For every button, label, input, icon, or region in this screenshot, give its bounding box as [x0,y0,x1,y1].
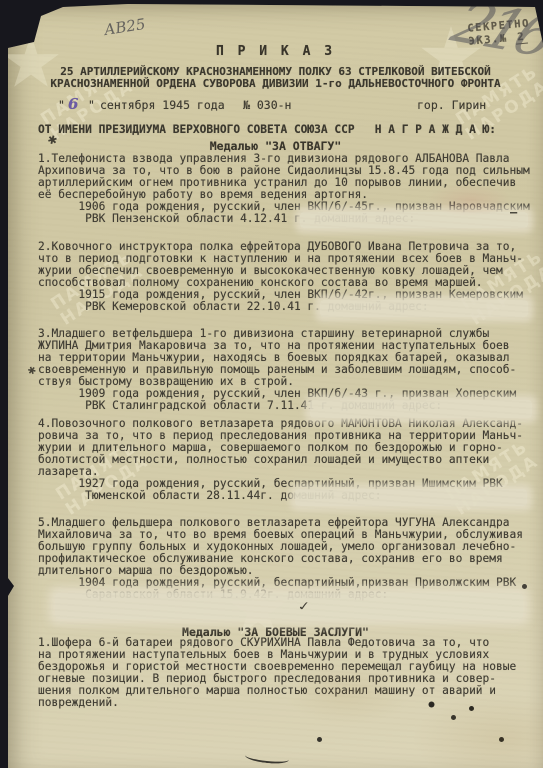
redaction-patch [295,489,527,506]
addressee-line-2: КРАСНОЗНАМЕННОЙ ОРДЕНА СУВОРОВА ДИВИЗИИ … [8,78,543,90]
date-quote-open: " [58,98,65,112]
handwritten-day: 6 [68,95,78,113]
place-name: гор. Гирин [417,98,486,112]
date-month-year: сентября 1945 года [100,98,225,112]
scan-background: { "annotations": { "pencil_top_left": "А… [0,0,543,768]
award-paragraph-5: 5.Младшего фельдшера полкового ветлазаре… [38,517,523,601]
redaction-patch [55,593,523,619]
redaction-patch [310,400,532,418]
addressee-line-1: 25 АРТИЛЛЕРИЙСКОМУ КРАСНОЗНАМЕННОМУ ПОЛК… [8,66,543,78]
redaction-patch [300,212,528,228]
ink-dash-mark: – [510,206,517,218]
redaction-patch [320,300,528,317]
award-paragraph-6: 1.Шофера 6-й батареи рядового СКУРИХИНА … [38,637,516,709]
ink-squiggle [245,750,290,766]
document-page: ПАМЯТЬНАРОДА ПАМЯТЬНАРОДА ПАМЯТЬНАРОДА П… [8,4,543,768]
addressee: 25 АРТИЛЛЕРИЙСКОМУ КРАСНОЗНАМЕННОМУ ПОЛК… [8,66,543,89]
check-mark: ✓ [298,599,311,613]
order-title: П Р И К А З [8,44,543,59]
handwritten-archive-mark: АВ25 [103,15,147,39]
date-line: " 6 " сентября 1945 года № 030-н гор. Ги… [8,98,543,112]
order-number: № 030-н [243,98,291,112]
ink-splat-icon: ✱ [26,363,38,378]
ink-specks [8,4,11,7]
medal-otvaga-heading: Медалью "ЗА ОТВАГУ" [8,139,543,153]
preamble: ОТ ИМЕНИ ПРЕЗИДИУМА ВЕРХОВНОГО СОВЕТА СО… [38,123,496,136]
date-quote-close: " [88,98,95,112]
